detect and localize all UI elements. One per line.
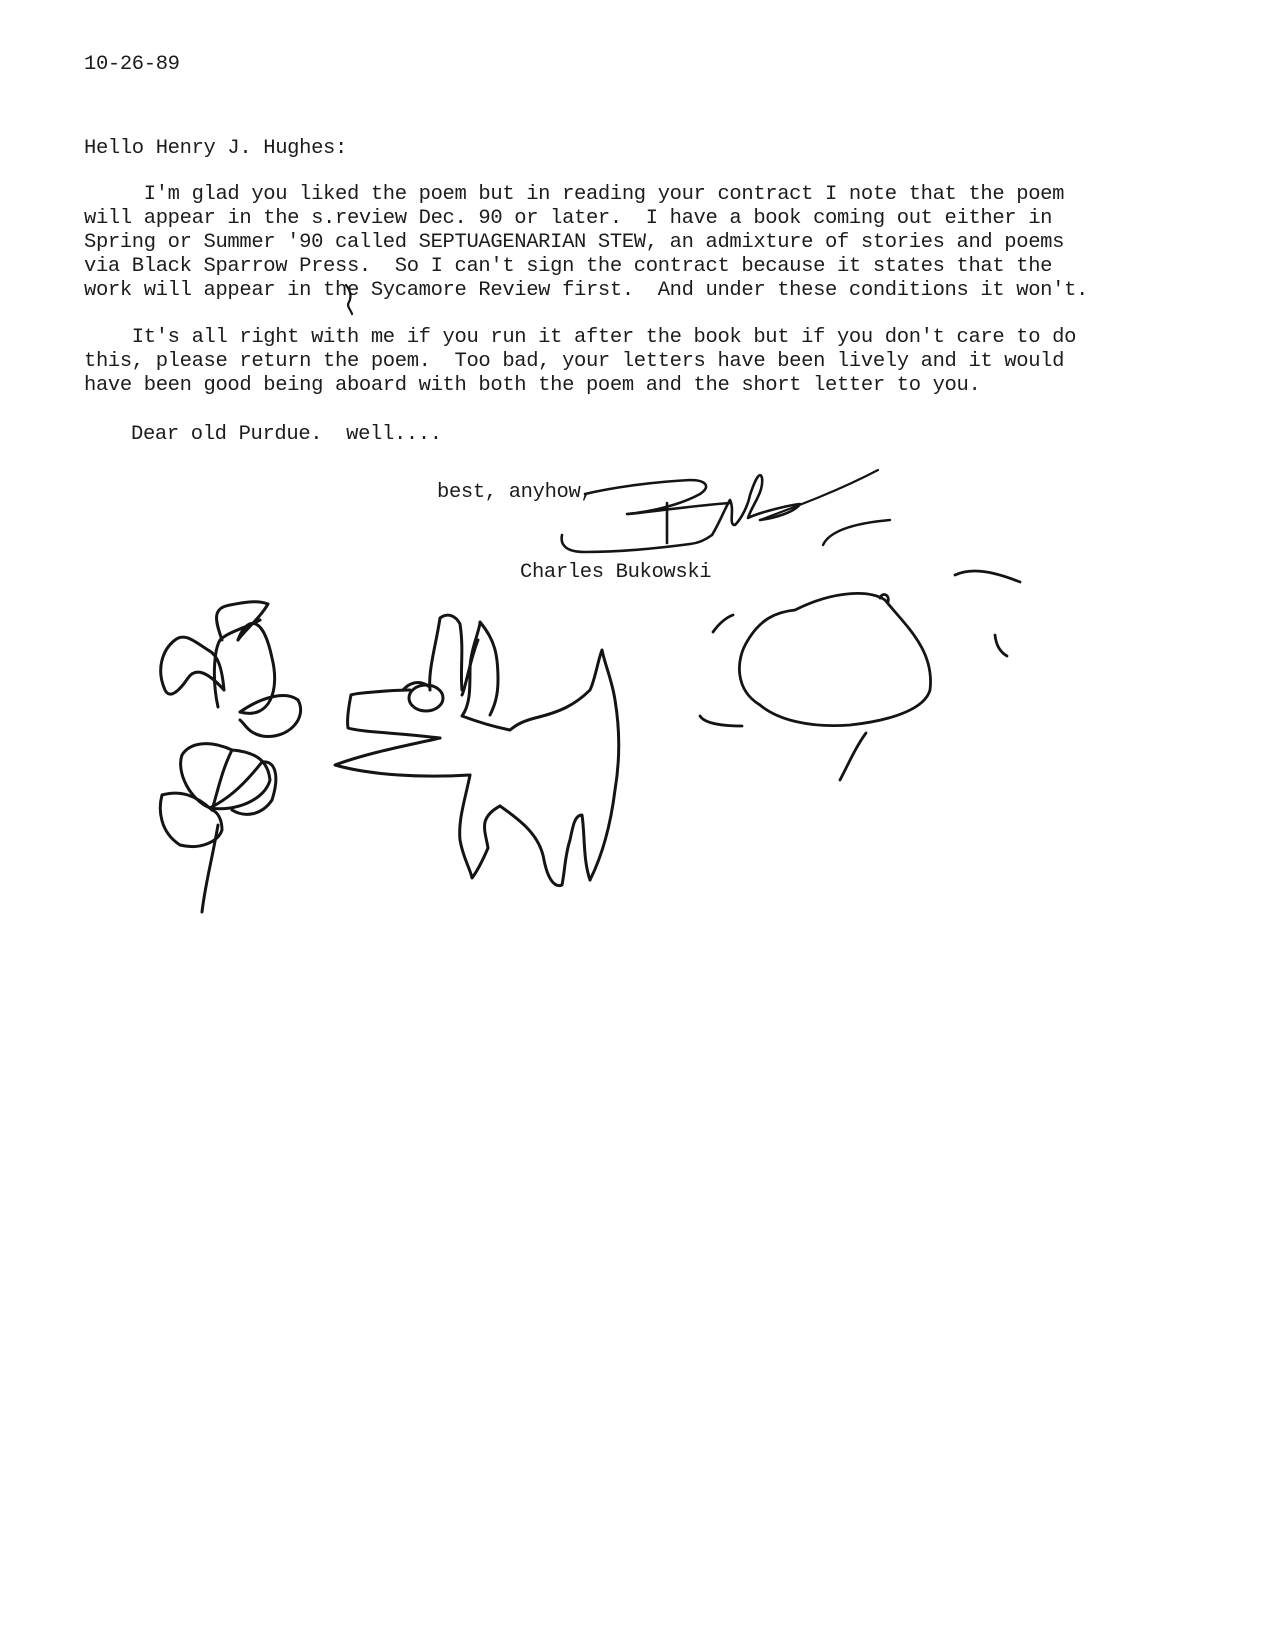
paragraph-2-line: this, please return the poem. Too bad, y… [84, 350, 1064, 374]
paragraph-2-line: have been good being aboard with both th… [84, 374, 980, 398]
signoff: best, anyhow, [437, 481, 592, 505]
handwritten-signature [562, 470, 890, 552]
paragraph-1-line: via Black Sparrow Press. So I can't sign… [84, 255, 1052, 279]
paragraph-1-line: Spring or Summer '90 called SEPTUAGENARI… [84, 231, 1064, 255]
paragraph-1-line: will appear in the s.review Dec. 90 or l… [84, 207, 1052, 231]
flower-sketch [160, 602, 300, 912]
dog-sketch [335, 615, 619, 886]
paragraph-1-line: work will appear in the Sycamore Review … [84, 279, 1088, 303]
paragraph-1-line: I'm glad you liked the poem but in readi… [84, 183, 1064, 207]
signer-name: Charles Bukowski [520, 561, 711, 585]
sun-sketch [700, 571, 1020, 780]
letter-date: 10-26-89 [84, 53, 180, 77]
letter-page: 10-26-89 Hello Henry J. Hughes: I'm glad… [0, 0, 1275, 1651]
paragraph-2-line: It's all right with me if you run it aft… [84, 326, 1076, 350]
salutation: Hello Henry J. Hughes: [84, 137, 347, 161]
closing-line: Dear old Purdue. well.... [131, 423, 442, 447]
